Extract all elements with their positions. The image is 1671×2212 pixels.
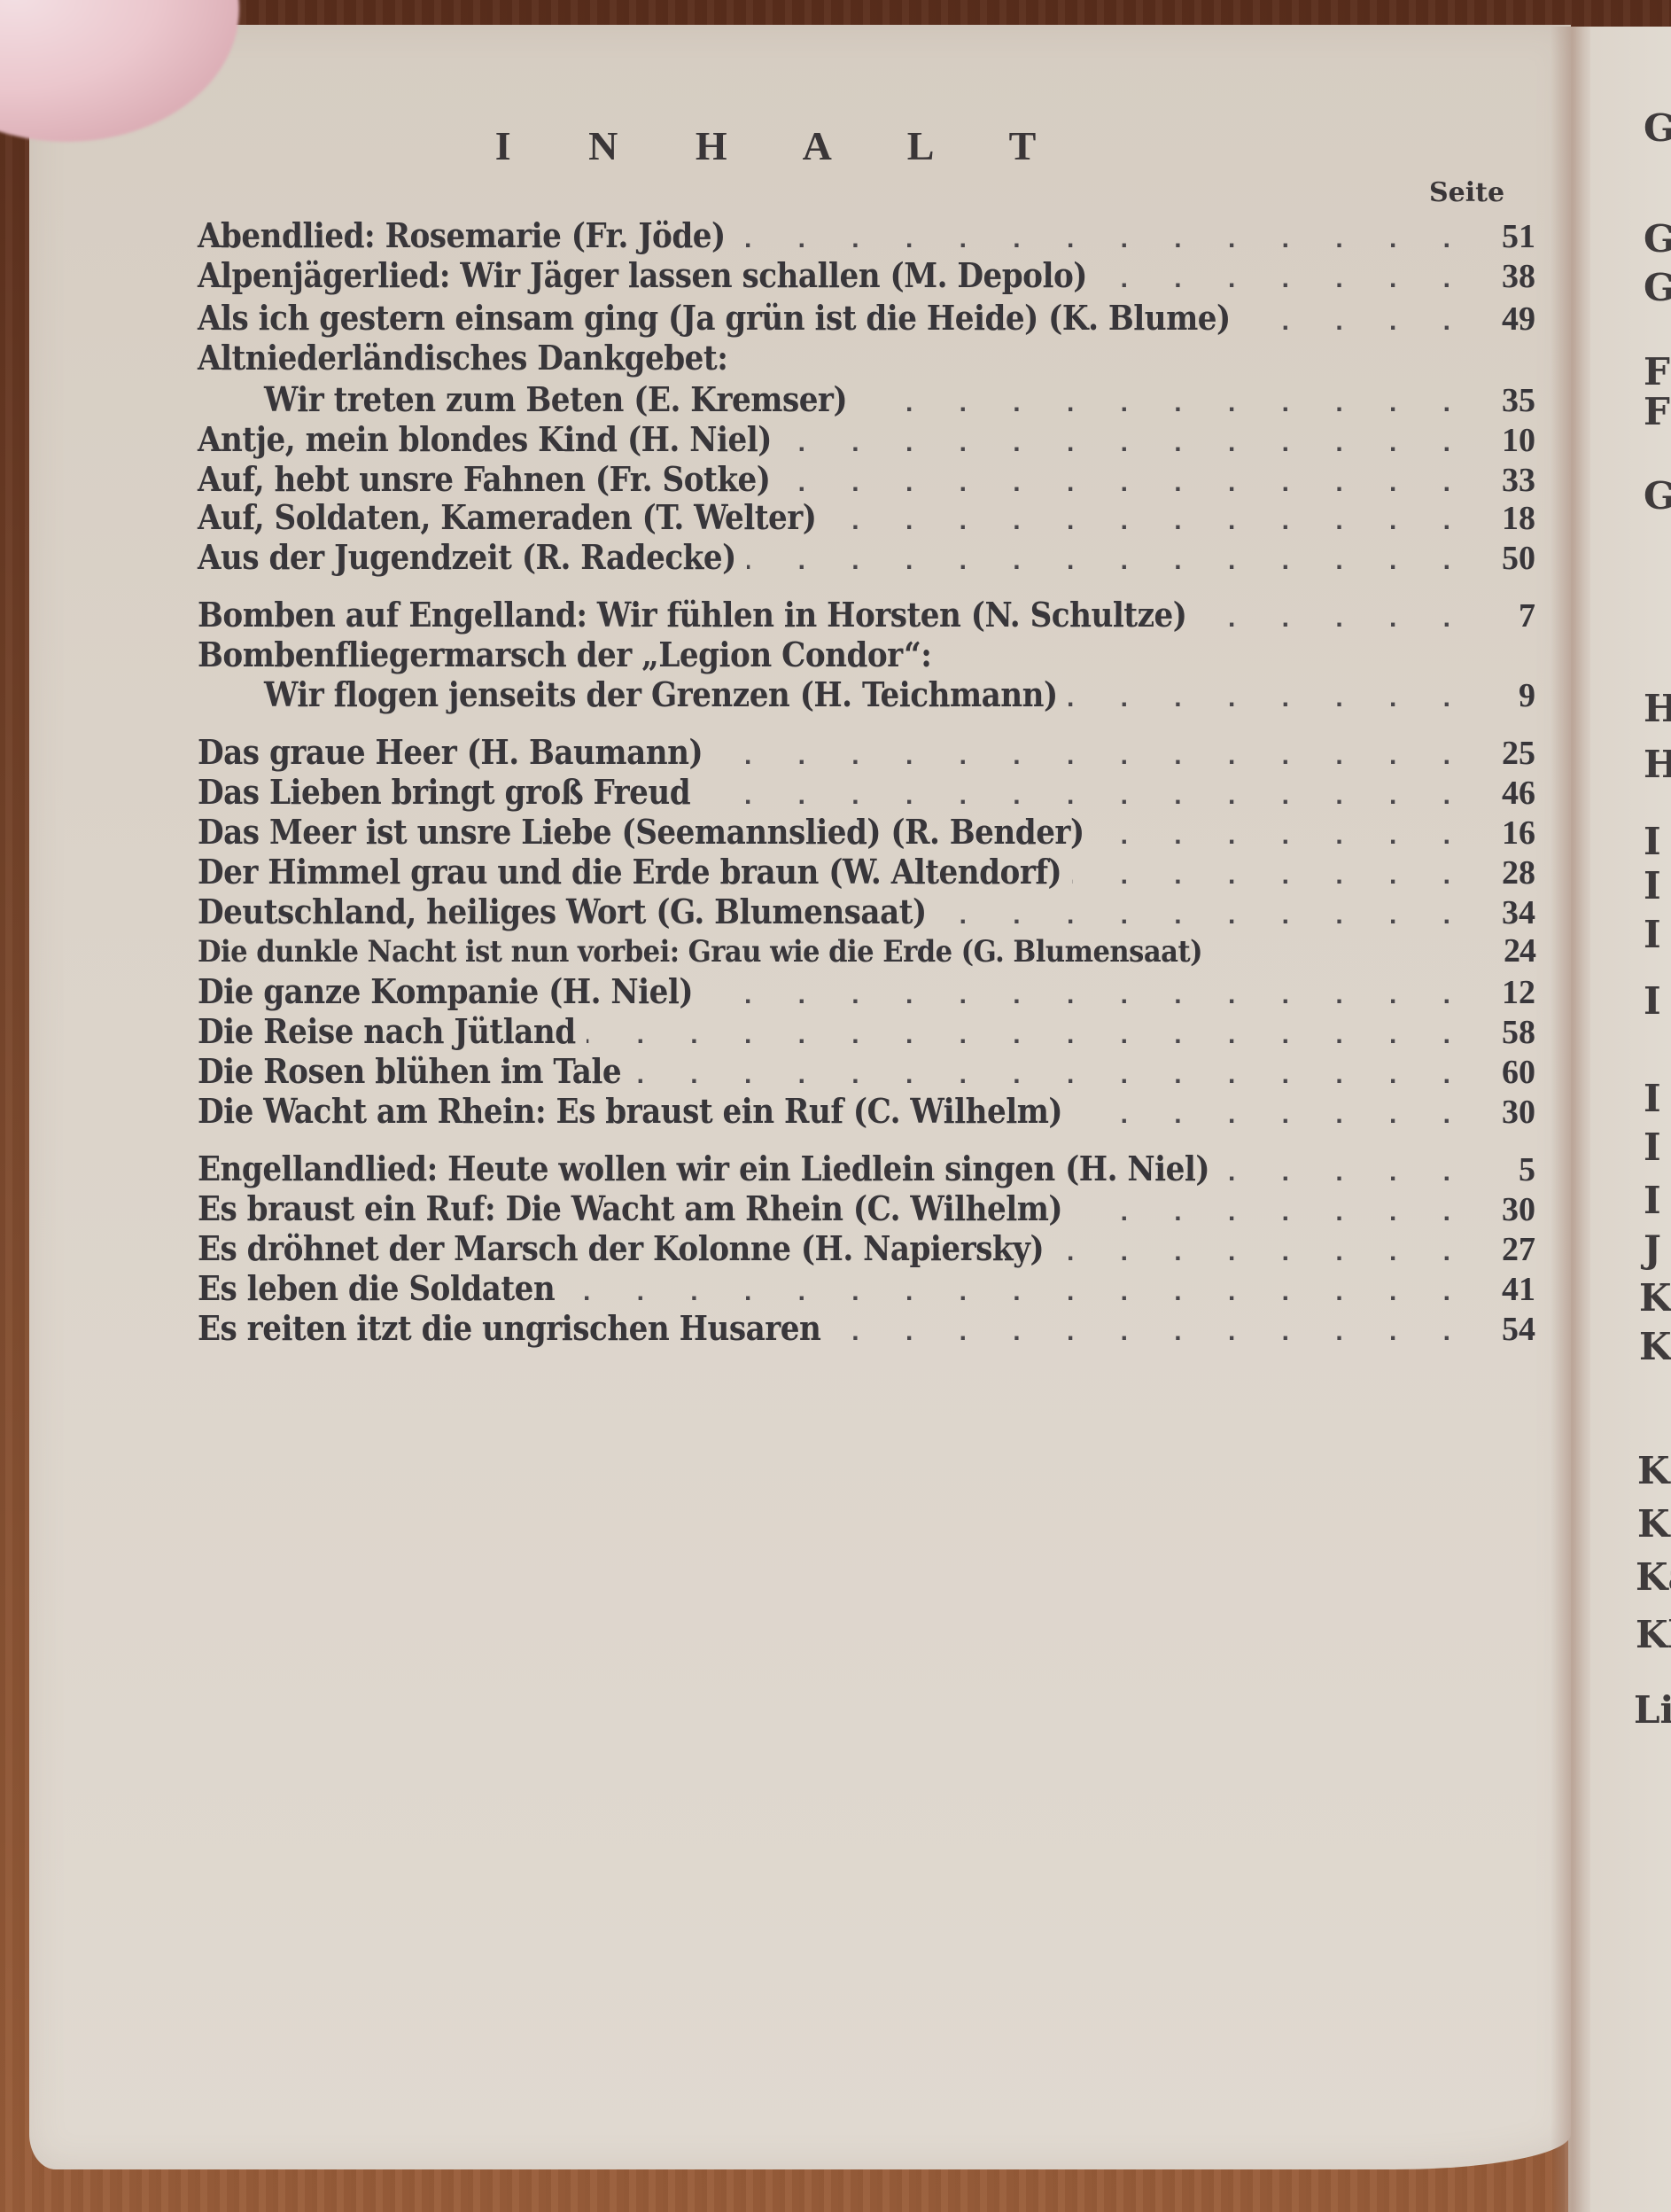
facing-page-initial: Lie	[1634, 1688, 1671, 1732]
toc-entry-title: Auf, hebt unsre Fahnen (Fr. Sotke)	[198, 459, 770, 499]
facing-page-initial: G	[1644, 106, 1671, 150]
toc-entry-page: 9	[1482, 676, 1535, 715]
facing-page-initial: Ko	[1639, 1276, 1671, 1320]
facing-page-initial: Ka	[1637, 1449, 1671, 1492]
toc-entry: Es reiten itzt die ungrischen Husaren . …	[198, 1308, 1535, 1361]
facing-page-initial: J	[1644, 1227, 1661, 1271]
toc-entry-title: Die Reise nach Jütland	[198, 1011, 576, 1051]
leader-dots: . . . . . . . . . . . . . . . . . . . . …	[831, 1317, 1470, 1347]
facing-page-initial: I	[1644, 1125, 1661, 1169]
leader-dots: . . . . . . . . . . . . . . . . . . . . …	[1069, 683, 1470, 713]
toc-entry: Wir flogen jenseits der Grenzen (H. Teic…	[198, 674, 1535, 728]
leader-dots: . . . . . . . . . . . . . . . . . . . . …	[1072, 861, 1470, 891]
leader-dots: . . . . . . . . . . . . . . . . . . . . …	[781, 468, 1470, 498]
toc-entry-page: 58	[1482, 1013, 1535, 1052]
book-page: I N H A L T Seite Abendlied: Rosemarie (…	[29, 25, 1571, 2169]
toc-entry-title: Das Lieben bringt groß Freud	[198, 772, 690, 812]
facing-page-initial: I	[1644, 1077, 1661, 1120]
toc-entry-page: 10	[1482, 421, 1535, 460]
facing-page-initial: I	[1644, 979, 1661, 1023]
toc-entry-page: 35	[1482, 381, 1535, 420]
facing-page-initial: H	[1644, 687, 1671, 730]
book-gutter	[1551, 27, 1590, 2212]
toc-entry-page: 5	[1482, 1150, 1535, 1189]
facing-page-initial: Ka	[1636, 1555, 1671, 1599]
leader-dots: . . . . . . . . . . . . . . . . . . . . …	[587, 1020, 1470, 1050]
toc-entry-title: Bombenfliegermarsch der „Legion Condor“:	[198, 635, 931, 674]
toc-entry-title: Aus der Jugendzeit (R. Radecke)	[198, 537, 736, 577]
toc-entry-page: 12	[1482, 973, 1535, 1012]
toc-entry-page: 46	[1482, 774, 1535, 813]
facing-page-initial: I	[1644, 913, 1661, 956]
toc-entry-title: Es leben die Soldaten	[198, 1268, 555, 1308]
toc-entry-title: Wir treten zum Beten (E. Kremser)	[198, 379, 847, 419]
leader-dots: . . . . . . . . . . . . . . . . . . . . …	[736, 224, 1470, 254]
facing-page-initial: Kl	[1636, 1613, 1671, 1656]
toc-entry-title: Das graue Heer (H. Baumann)	[198, 732, 703, 772]
page-title: I N H A L T	[29, 122, 1535, 169]
toc-entry-page: 50	[1482, 539, 1535, 578]
toc-entry-title: Die dunkle Nacht ist nun vorbei: Grau wi…	[198, 934, 1202, 970]
facing-page-initial: F	[1644, 350, 1670, 393]
toc-entry: Die Wacht am Rhein: Es braust ein Ruf (C…	[198, 1091, 1535, 1144]
toc-entry-page: 30	[1482, 1190, 1535, 1229]
toc-entry-page: 18	[1482, 499, 1535, 538]
toc-entry-page: 60	[1482, 1053, 1535, 1092]
toc-entry-title: Die Wacht am Rhein: Es braust ein Ruf (C…	[198, 1091, 1062, 1131]
toc-entry-page: 16	[1482, 814, 1535, 853]
toc-entry-title: Auf, Soldaten, Kameraden (T. Welter)	[198, 497, 816, 537]
toc-entry-title: Es dröhnet der Marsch der Kolonne (H. Na…	[198, 1228, 1044, 1268]
leader-dots: . . . . . . . . . . . . . . . . . . . . …	[1073, 1197, 1470, 1227]
toc-entry-title: Abendlied: Rosemarie (Fr. Jöde)	[198, 215, 726, 255]
toc-entry-title: Der Himmel grau und die Erde braun (W. A…	[198, 852, 1061, 892]
leader-dots: . . . . . . . . . . . . . . . . . . . . …	[1197, 604, 1470, 634]
toc-entry-title: Antje, mein blondes Kind (H. Niel)	[198, 419, 772, 459]
leader-dots: . . . . . . . . . . . . . . . . . . . . …	[1054, 1237, 1470, 1267]
toc-entry-title: Bomben auf Engelland: Wir fühlen in Hors…	[198, 595, 1186, 635]
leader-dots: . . . . . . . . . . . . . . . . . . . . …	[827, 506, 1470, 536]
toc-entry-title: Als ich gestern einsam ging (Ja grün ist…	[198, 298, 1231, 338]
toc-entry-page: 24	[1482, 931, 1535, 970]
toc-entry-page: 34	[1482, 893, 1535, 932]
leader-dots: . . . . . . . . . . . . . . . . . . . . …	[858, 388, 1470, 418]
toc-entry-page: 38	[1482, 257, 1535, 296]
toc-entry-title: Das Meer ist unsre Liebe (Seemannslied) …	[198, 812, 1084, 852]
facing-page-initial: I	[1644, 864, 1661, 907]
toc-entry-page: 28	[1482, 853, 1535, 892]
toc-entry-title: Alpenjägerlied: Wir Jäger lassen schalle…	[198, 255, 1087, 295]
toc-entry-page: 30	[1482, 1093, 1535, 1132]
leader-dots: . . . . . . . . . . . . . . . . . . . . …	[1241, 307, 1470, 337]
toc-entry-title: Es braust ein Ruf: Die Wacht am Rhein (C…	[198, 1188, 1062, 1228]
toc-entry-page: 49	[1482, 300, 1535, 339]
leader-dots: . . . . . . . . . . . . . . . . . . . . …	[1098, 264, 1470, 294]
toc-entry-page: 41	[1482, 1270, 1535, 1309]
facing-page-initial: Ko	[1639, 1325, 1671, 1368]
leader-dots: . . . . . . . . . . . . . . . . . . . . …	[782, 428, 1470, 458]
leader-dots: . . . . . . . . . . . . . . . . . . . . …	[1073, 1100, 1470, 1130]
page-column-label: Seite	[1429, 177, 1504, 208]
facing-page-initial: G	[1644, 474, 1671, 518]
toc-entry-page: 7	[1482, 596, 1535, 635]
toc-entry-title: Wir flogen jenseits der Grenzen (H. Teic…	[198, 674, 1058, 714]
leader-dots: . . . . . . . . . . . . . . . . . . . . …	[565, 1277, 1470, 1307]
leader-dots: . . . . . . . . . . . . . . . . . . . . …	[713, 741, 1470, 771]
toc-entry-page: 27	[1482, 1230, 1535, 1269]
leader-dots: . . . . . . . . . . . . . . . . . . . . …	[747, 546, 1470, 576]
facing-page-initial: F	[1644, 390, 1670, 433]
facing-page-initial: G	[1644, 266, 1671, 309]
leader-dots: . . . . . . . . . . . . . . . . . . . . …	[937, 900, 1470, 931]
toc-entry-page: 51	[1482, 217, 1535, 256]
leader-dots: . . . . . . . . . . . . . . . . . . . . …	[1095, 821, 1470, 851]
toc-entry-page: 33	[1482, 461, 1535, 500]
facing-page-initial: H	[1644, 743, 1671, 786]
toc-entry-title: Die Rosen blühen im Tale	[198, 1051, 621, 1091]
leader-dots: . . . . . . . . . . . . . . . . . . . . …	[632, 1060, 1470, 1090]
toc-entry-title: Engellandlied: Heute wollen wir ein Lied…	[198, 1149, 1209, 1188]
leader-dots: . . . . . . . . . . . . . . . . . . . . …	[701, 781, 1470, 811]
toc-entry: Aus der Jugendzeit (R. Radecke) . . . . …	[198, 537, 1535, 590]
facing-page-initial: I	[1644, 1179, 1661, 1222]
toc-entry-title: Altniederländisches Dankgebet:	[198, 338, 727, 378]
toc-entry-title: Die ganze Kompanie (H. Niel)	[198, 971, 693, 1011]
leader-dots: . . . . . . . . . . . . . . . . . . . . …	[703, 980, 1470, 1010]
toc-entry-title: Deutschland, heiliges Wort (G. Blumensaa…	[198, 892, 927, 931]
toc-entry-page: 54	[1482, 1310, 1535, 1349]
facing-page-initial: I	[1644, 820, 1661, 863]
toc-entry-title: Es reiten itzt die ungrischen Husaren	[198, 1308, 820, 1348]
toc-entry-page: 25	[1482, 734, 1535, 773]
leader-dots: . . . . . . . . . . . . . . . . . . . . …	[1220, 1157, 1470, 1188]
facing-page-initial: G	[1644, 217, 1671, 261]
facing-page-initial: Ka	[1637, 1502, 1671, 1546]
